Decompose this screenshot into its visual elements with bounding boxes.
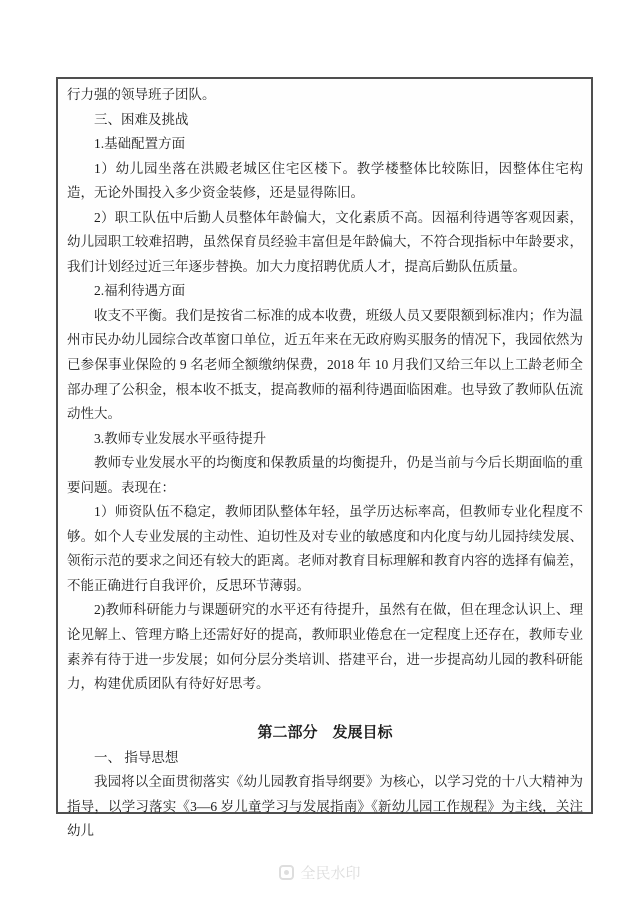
paragraph: 3.教师专业发展水平亟待提升 [67, 427, 583, 452]
paragraph: 收支不平衡。我们是按省二标准的成本收费，班级人员又要限额到标准内；作为温州市民办… [67, 304, 583, 427]
paragraph: 我园将以全面贯彻落实《幼儿园教育指导纲要》为核心，以学习党的十八大精神为指导，以… [67, 770, 583, 844]
paragraph-spacer [67, 697, 583, 722]
bottom-watermark: 全民水印 [0, 862, 640, 883]
document-page: 非会员水印 行力强的领导班子团队。三、困难及挑战1.基础配置方面1）幼儿园坐落在… [0, 0, 640, 906]
section-heading: 第二部分 发展目标 [67, 721, 583, 746]
watermark-camera-icon [279, 865, 294, 880]
paragraph: 一、 指导思想 [67, 746, 583, 771]
document-frame: 行力强的领导班子团队。三、困难及挑战1.基础配置方面1）幼儿园坐落在洪殿老城区住… [56, 77, 593, 814]
paragraph: 教师专业发展水平的均衡度和保教质量的均衡提升，仍是当前与今后长期面临的重要问题。… [67, 451, 583, 500]
paragraph: 三、困难及挑战 [67, 108, 583, 133]
paragraph: 1）幼儿园坐落在洪殿老城区住宅区楼下。教学楼整体比较陈旧，因整体住宅构造，无论外… [67, 157, 583, 206]
document-body: 行力强的领导班子团队。三、困难及挑战1.基础配置方面1）幼儿园坐落在洪殿老城区住… [67, 83, 583, 844]
paragraph: 2)教师科研能力与课题研究的水平还有待提升，虽然有在做，但在理念认识上、理论见解… [67, 598, 583, 696]
paragraph: 2.福利待遇方面 [67, 279, 583, 304]
paragraph: 1）师资队伍不稳定，教师团队整体年轻，虽学历达标率高，但教师专业化程度不够。如个… [67, 500, 583, 598]
paragraph: 行力强的领导班子团队。 [67, 83, 583, 108]
paragraph: 2）职工队伍中后勤人员整体年龄偏大，文化素质不高。因福利待遇等客观因素，幼儿园职… [67, 206, 583, 280]
bottom-watermark-label: 全民水印 [300, 862, 360, 883]
paragraph: 1.基础配置方面 [67, 132, 583, 157]
